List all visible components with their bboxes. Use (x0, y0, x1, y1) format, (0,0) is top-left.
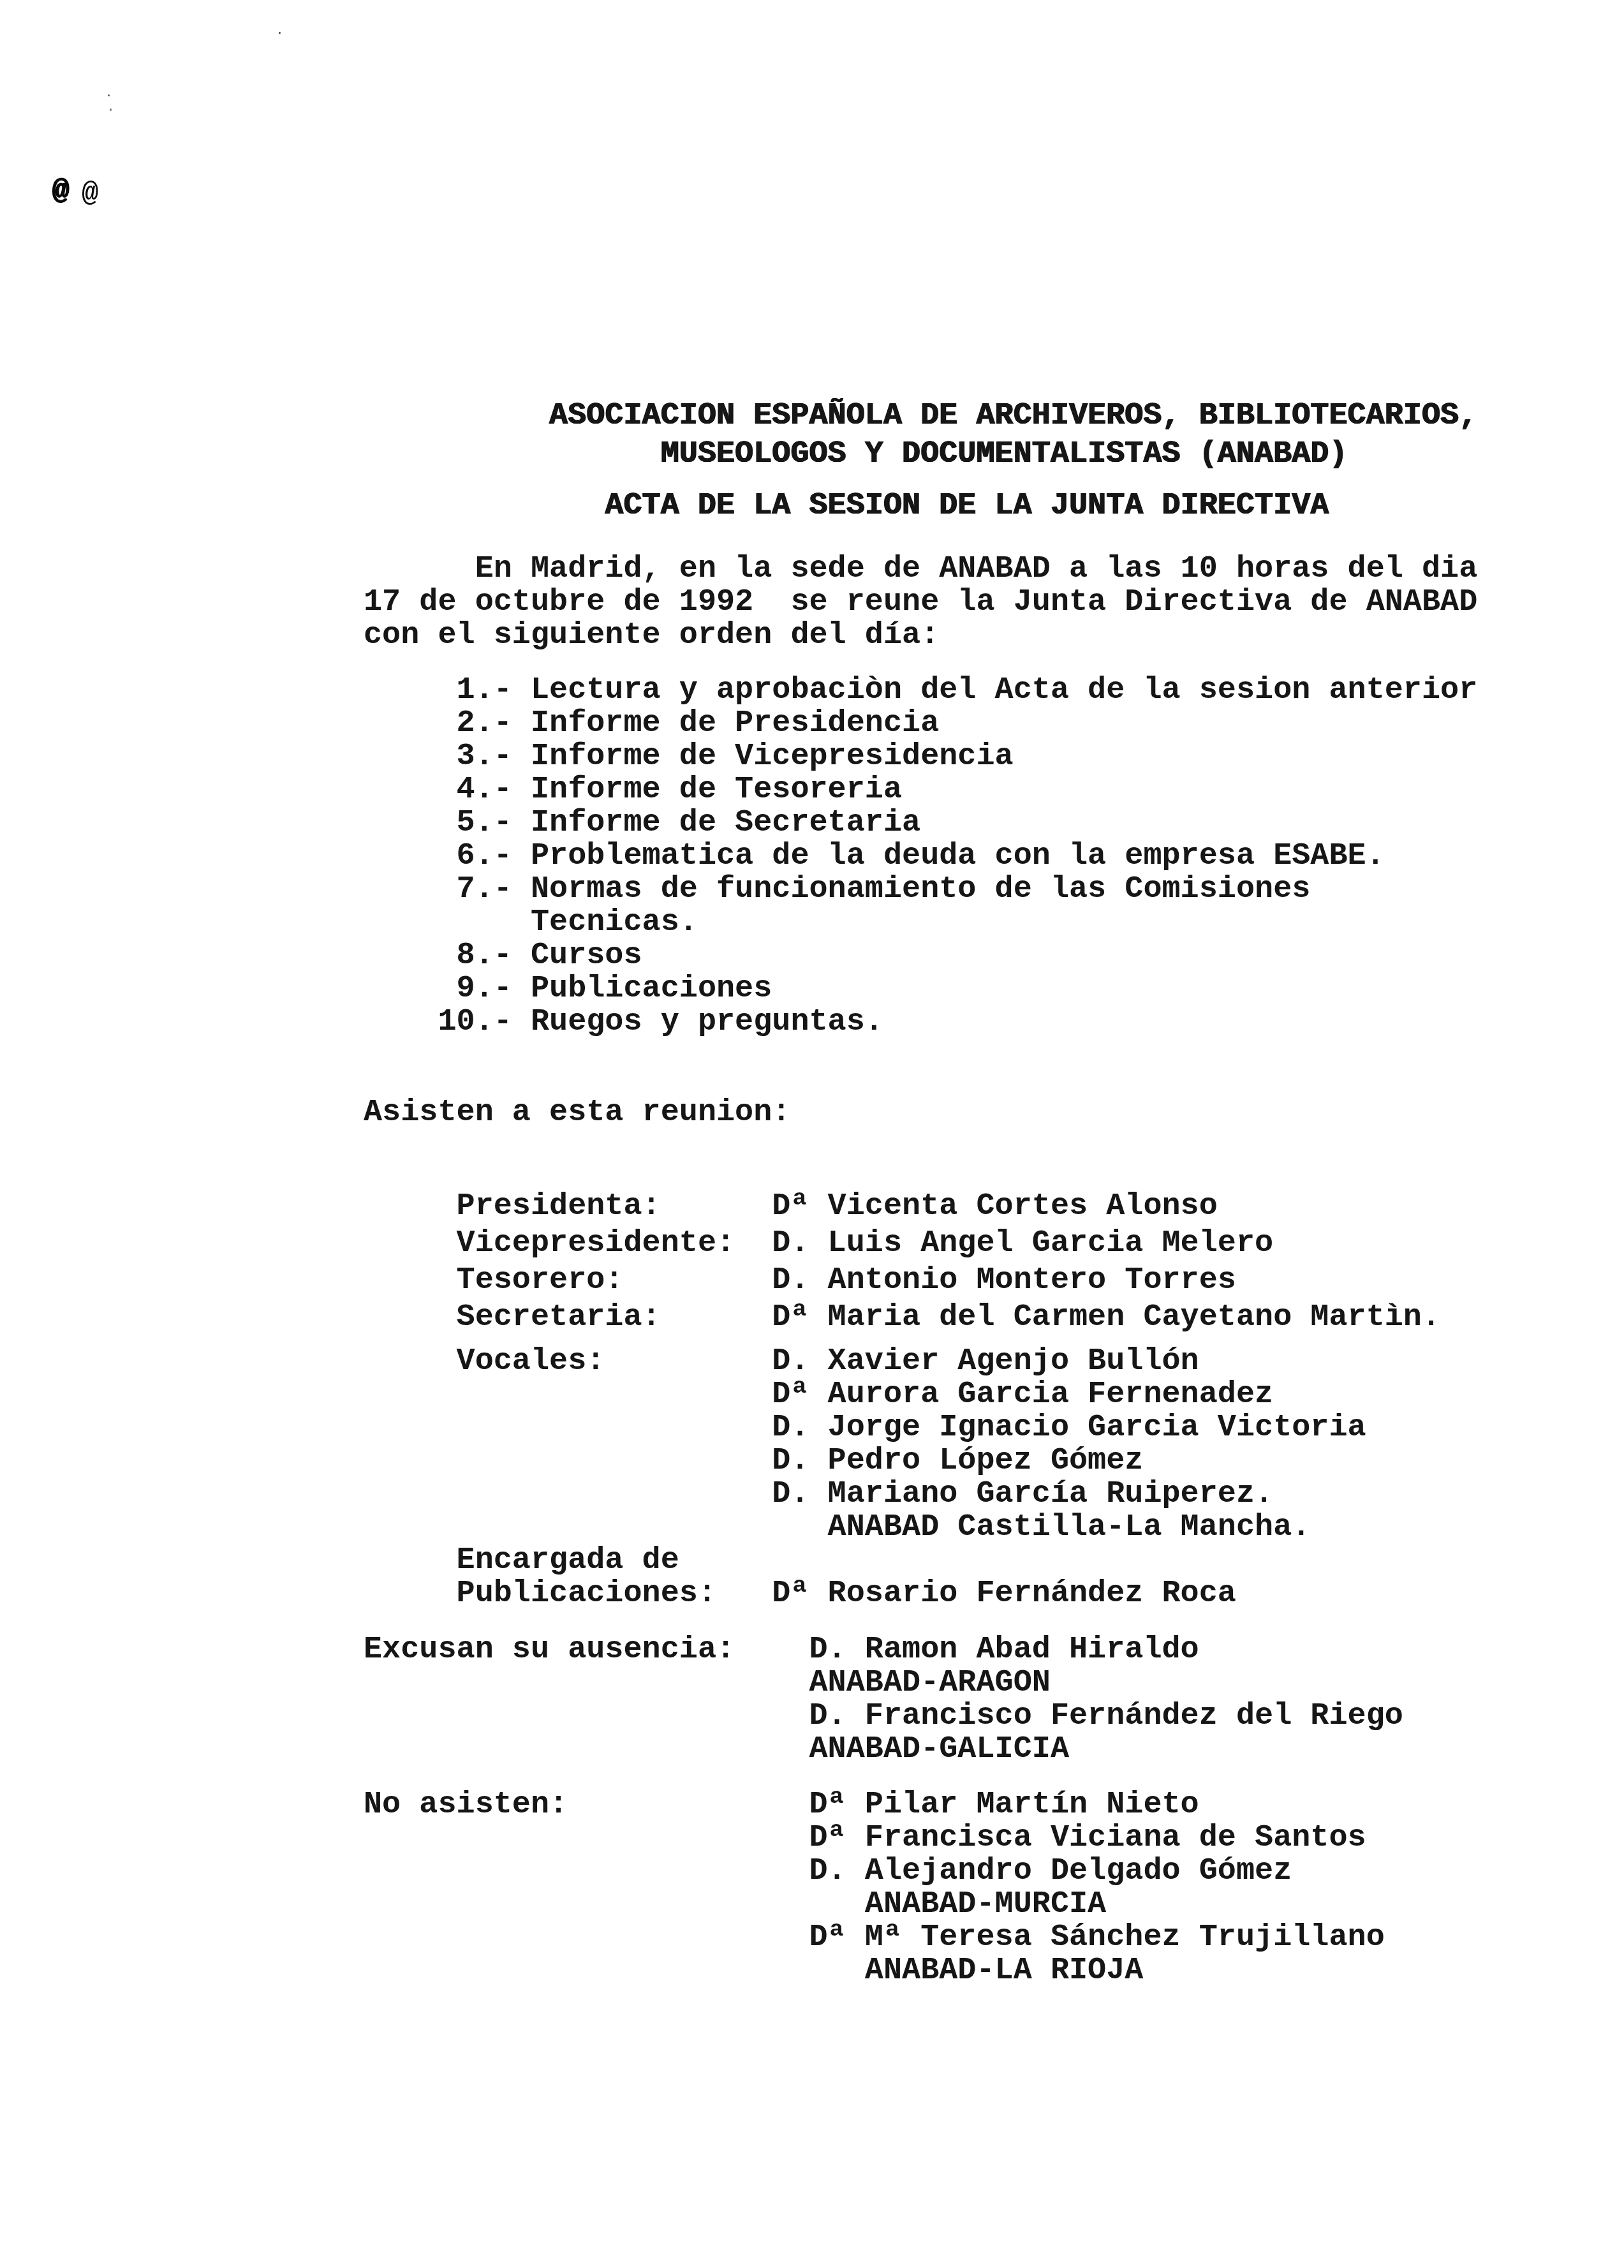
intro-paragraph: En Madrid, en la sede de ANABAD a las 10… (364, 552, 1477, 652)
document-line: ASOCIACION ESPAÑOLA DE ARCHIVEROS, BIBLI… (364, 397, 1477, 435)
excused-absence-list: Excusan su ausencia: D. Ramon Abad Hiral… (364, 1633, 1403, 1766)
document-line: Secretaria: Dª Maria del Carmen Cayetano… (364, 1299, 1440, 1336)
ink-stamp-at-icon: @ (52, 177, 69, 205)
agenda-list: 1.- Lectura y aprobaciòn del Acta de la … (364, 674, 1477, 1039)
document-line: 9.- Publicaciones (364, 972, 1477, 1005)
document-line: 5.- Informe de Secretaria (364, 806, 1477, 840)
document-line: ANABAD-GALICIA (364, 1733, 1403, 1766)
document-line: con el siguiente orden del día: (364, 619, 1477, 652)
scan-speck (108, 94, 110, 96)
document-title: ACTA DE LA SESION DE LA JUNTA DIRECTIVA (364, 487, 1329, 525)
document-line: Publicaciones: Dª Rosario Fernández Roca (364, 1577, 1366, 1610)
document-line: D. Mariano García Ruiperez. (364, 1478, 1366, 1511)
organization-title: ASOCIACION ESPAÑOLA DE ARCHIVEROS, BIBLI… (364, 397, 1477, 473)
officers-list: Presidenta: Dª Vicenta Cortes Alonso Vic… (364, 1188, 1440, 1336)
document-line: Presidenta: Dª Vicenta Cortes Alonso (364, 1188, 1440, 1225)
document-line: MUSEOLOGOS Y DOCUMENTALISTAS (ANABAD) (364, 435, 1477, 473)
document-line: 4.- Informe de Tesoreria (364, 773, 1477, 806)
document-line: 10.- Ruegos y preguntas. (364, 1005, 1477, 1039)
document-line: ANABAD Castilla-La Mancha. (364, 1511, 1366, 1544)
document-line: Encargada de (364, 1544, 1366, 1577)
document-line: 6.- Problematica de la deuda con la empr… (364, 840, 1477, 873)
document-line: 17 de octubre de 1992 se reune la Junta … (364, 586, 1477, 619)
attendees-heading: Asisten a esta reunion: (364, 1096, 790, 1129)
scanned-page: @ @ ASOCIACION ESPAÑOLA DE ARCHIVEROS, B… (0, 0, 1624, 2268)
document-line: Vocales: D. Xavier Agenjo Bullón (364, 1345, 1366, 1378)
document-line: D. Alejandro Delgado Gómez (364, 1855, 1385, 1888)
document-line: 1.- Lectura y aprobaciòn del Acta de la … (364, 674, 1477, 707)
document-line: En Madrid, en la sede de ANABAD a las 10… (364, 552, 1477, 586)
document-line: D. Francisco Fernández del Riego (364, 1700, 1403, 1733)
document-line: ANABAD-MURCIA (364, 1888, 1385, 1921)
document-line: Dª Francisca Viciana de Santos (364, 1821, 1385, 1855)
document-line: No asisten: Dª Pilar Martín Nieto (364, 1788, 1385, 1821)
document-line: Dª Aurora Garcia Fernenadez (364, 1378, 1366, 1411)
document-line: ANABAD-ARAGON (364, 1666, 1403, 1700)
document-line: 8.- Cursos (364, 939, 1477, 972)
vocales-list: Vocales: D. Xavier Agenjo Bullón Dª Auro… (364, 1345, 1366, 1610)
document-line: ACTA DE LA SESION DE LA JUNTA DIRECTIVA (364, 487, 1329, 525)
document-line: 3.- Informe de Vicepresidencia (364, 740, 1477, 773)
scan-speck (279, 32, 281, 34)
ink-stamp-at-icon: @ (82, 180, 98, 208)
scan-speck (110, 108, 112, 111)
document-line: Tecnicas. (364, 906, 1477, 939)
document-line: D. Pedro López Gómez (364, 1444, 1366, 1478)
document-line: 7.- Normas de funcionamiento de las Comi… (364, 873, 1477, 906)
not-attending-list: No asisten: Dª Pilar Martín Nieto Dª Fra… (364, 1788, 1385, 1987)
document-line: Tesorero: D. Antonio Montero Torres (364, 1262, 1440, 1299)
document-line: D. Jorge Ignacio Garcia Victoria (364, 1411, 1366, 1444)
document-line: Excusan su ausencia: D. Ramon Abad Hiral… (364, 1633, 1403, 1666)
document-line: Asisten a esta reunion: (364, 1096, 790, 1129)
document-line: ANABAD-LA RIOJA (364, 1954, 1385, 1987)
document-line: Vicepresidente: D. Luis Angel Garcia Mel… (364, 1225, 1440, 1262)
document-line: 2.- Informe de Presidencia (364, 707, 1477, 740)
document-line: Dª Mª Teresa Sánchez Trujillano (364, 1921, 1385, 1954)
